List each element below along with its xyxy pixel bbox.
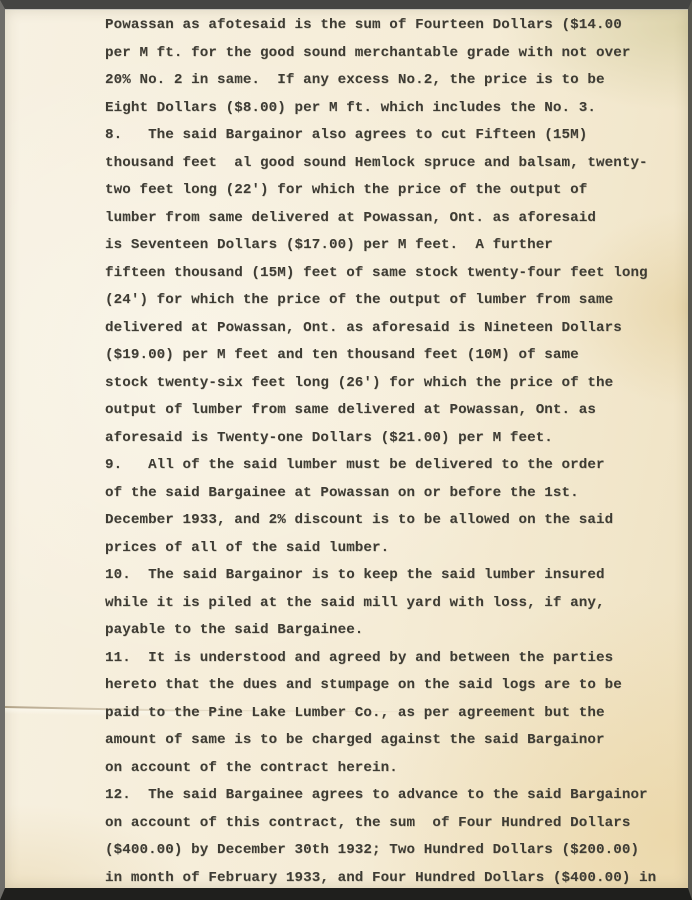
document-line: stock twenty-six feet long (26') for whi…: [105, 370, 665, 398]
document-line: Eight Dollars ($8.00) per M ft. which in…: [105, 95, 665, 123]
document-line: payable to the said Bargainee.: [105, 617, 665, 645]
document-line: thousand feet al good sound Hemlock spru…: [105, 150, 665, 178]
document-line: delivered at Powassan, Ont. as aforesaid…: [105, 315, 665, 343]
document-line: Powassan as afotesaid is the sum of Four…: [105, 12, 665, 40]
document-line: 8. The said Bargainor also agrees to cut…: [105, 122, 665, 150]
document-line: aforesaid is Twenty-one Dollars ($21.00)…: [105, 425, 665, 453]
document-line: 11. It is understood and agreed by and b…: [105, 645, 665, 673]
document-line: 10. The said Bargainor is to keep the sa…: [105, 562, 665, 590]
document-text: Powassan as afotesaid is the sum of Four…: [105, 12, 665, 892]
document-line: is Seventeen Dollars ($17.00) per M feet…: [105, 232, 665, 260]
document-line: on account of this contract, the sum of …: [105, 810, 665, 838]
document-line: prices of all of the said lumber.: [105, 535, 665, 563]
document-line: lumber from same delivered at Powassan, …: [105, 205, 665, 233]
document-line: December 1933, and 2% discount is to be …: [105, 507, 665, 535]
document-line: (24') for which the price of the output …: [105, 287, 665, 315]
document-line: 12. The said Bargainee agrees to advance…: [105, 782, 665, 810]
paper-background: Powassan as afotesaid is the sum of Four…: [5, 9, 688, 888]
document-line: 9. All of the said lumber must be delive…: [105, 452, 665, 480]
document-line: ($19.00) per M feet and ten thousand fee…: [105, 342, 665, 370]
document-line: 20% No. 2 in same. If any excess No.2, t…: [105, 67, 665, 95]
document-line: on account of the contract herein.: [105, 755, 665, 783]
document-line: two feet long (22') for which the price …: [105, 177, 665, 205]
document-line: output of lumber from same delivered at …: [105, 397, 665, 425]
document-line: of the said Bargainee at Powassan on or …: [105, 480, 665, 508]
document-line: ($400.00) by December 30th 1932; Two Hun…: [105, 837, 665, 865]
document-line: paid to the Pine Lake Lumber Co., as per…: [105, 700, 665, 728]
scanned-page: Powassan as afotesaid is the sum of Four…: [0, 0, 692, 900]
document-line: in month of February 1933, and Four Hund…: [105, 865, 665, 893]
document-line: hereto that the dues and stumpage on the…: [105, 672, 665, 700]
document-line: amount of same is to be charged against …: [105, 727, 665, 755]
document-line: per M ft. for the good sound merchantabl…: [105, 40, 665, 68]
document-line: fifteen thousand (15M) feet of same stoc…: [105, 260, 665, 288]
document-line: while it is piled at the said mill yard …: [105, 590, 665, 618]
